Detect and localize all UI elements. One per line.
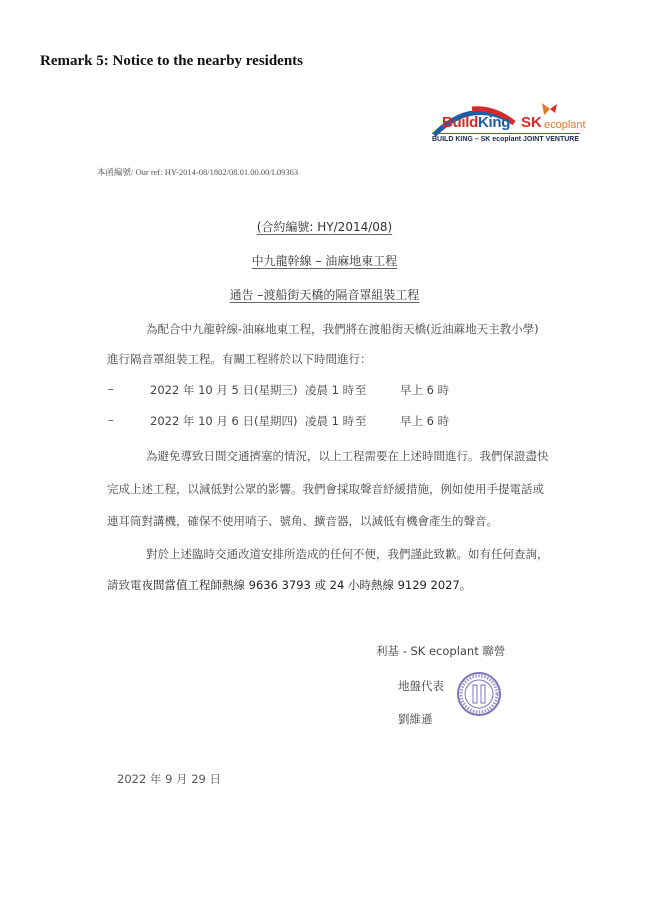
notice-date: 2022 年 9 月 29 日	[117, 771, 221, 787]
apology-line-1: 對於上述臨時交通改道安排所造成的任何不便，我們謹此致歉。如有任何查詢，	[146, 546, 549, 562]
bullet-dash: –	[108, 382, 114, 396]
bullet-dash: –	[108, 413, 114, 427]
body-line-1: 為避免導致日間交通擠塞的情況，以上工程需要在上述時間進行。我們保證盡快	[146, 448, 549, 464]
signature-name: 劉維遜	[398, 711, 433, 727]
company-logo: BuildKing SK ecoplant BUILD KING – SK ec…	[430, 100, 620, 155]
apology-line-2: 請致電夜間當值工程師熱線 9636 3793 或 24 小時熱線 9129 20…	[107, 577, 471, 593]
schedule-end: 早上 6 時	[400, 413, 449, 429]
body-line-2: 完成上述工程，以減低對公眾的影響。我們會採取聲音紓緩措施，例如使用手提電話或	[107, 481, 544, 497]
buildking-wordmark: BuildKing	[442, 114, 510, 131]
notice-title: 通告 –渡船街天橋的隔音罩組裝工程	[0, 286, 649, 303]
intro-line-2: 進行隔音罩組裝工程。有關工程將於以下時間進行：	[107, 351, 372, 367]
intro-line-1: 為配合中九龍幹線-油麻地東工程，我們將在渡船街天橋(近油蔴地天主教小學)	[146, 321, 539, 337]
signature-company: 利基 - SK ecoplant 聯營	[376, 643, 505, 659]
signature-role: 地盤代表	[398, 678, 444, 694]
sk-wordmark: SK	[521, 114, 542, 131]
schedule-to: 至	[355, 382, 367, 398]
contact-prefix: 請致電	[107, 578, 142, 592]
company-stamp-icon	[456, 671, 502, 717]
logo-divider	[432, 133, 580, 134]
remark-heading: Remark 5: Notice to the nearby residents	[40, 53, 303, 70]
schedule-to: 至	[355, 413, 367, 429]
contract-number-heading: (合約編號: HY/2014/08)	[0, 218, 649, 235]
schedule-start: 凌晨 1 時	[305, 382, 354, 398]
body-line-3: 連耳筒對講機，確保不使用哨子、號角、擴音器，以減低有機會產生的聲音。	[107, 513, 498, 529]
schedule-date: 2022 年 10 月 5 日(星期三)	[150, 382, 297, 398]
project-heading: 中九龍幹線 – 油麻地東工程	[0, 252, 649, 269]
schedule-start: 凌晨 1 時	[305, 413, 354, 429]
schedule-end: 早上 6 時	[400, 382, 449, 398]
hotline-text: 夜間當值工程師熱線 9636 3793 或 24 小時熱線 9129 2027。	[142, 578, 472, 592]
sk-butterfly-icon	[540, 101, 558, 117]
schedule-date: 2022 年 10 月 6 日(星期四)	[150, 413, 297, 429]
ecoplant-wordmark: ecoplant	[544, 119, 586, 131]
joint-venture-label: BUILD KING – SK ecoplant JOINT VENTURE	[432, 136, 579, 143]
reference-number: 本函編號/ Our ref: HY-2014-08/1802/08.01.00.…	[97, 166, 298, 178]
